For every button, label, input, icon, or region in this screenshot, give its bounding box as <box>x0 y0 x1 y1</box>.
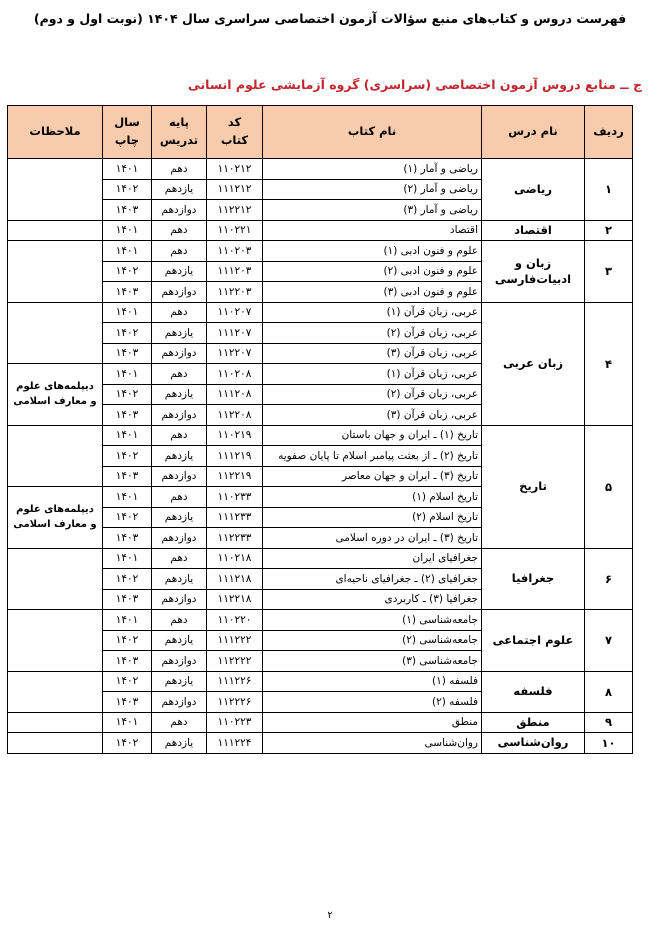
book-title-cell: جامعه‌شناسی (۳) <box>263 651 482 672</box>
year-cell: ۱۴۰۱ <box>103 220 152 241</box>
table-row: ۴زبان عربیعربی، زبان قرآن (۱)۱۱۰۲۰۷دهم۱۴… <box>8 302 633 323</box>
table-row: ۷علوم اجتماعیجامعه‌شناسی (۱)۱۱۰۲۲۰دهم۱۴۰… <box>8 610 633 631</box>
sources-table-container: ردیف نام درس نام کتاب کد کتاب پایه تدریس… <box>7 105 633 754</box>
grade-cell: دوازدهم <box>152 343 207 364</box>
grade-cell: یازدهم <box>152 569 207 590</box>
book-code-cell: ۱۱۲۲۰۸ <box>207 405 263 426</box>
year-cell: ۱۴۰۱ <box>103 487 152 508</box>
year-cell: ۱۴۰۳ <box>103 200 152 221</box>
book-title-cell: روان‌شناسی <box>263 733 482 754</box>
course-name-cell: جغرافیا <box>482 548 585 610</box>
year-cell: ۱۴۰۱ <box>103 610 152 631</box>
book-title-cell: علوم و فنون ادبی (۱) <box>263 241 482 262</box>
page-number: ۲ <box>0 910 660 921</box>
book-code-cell: ۱۱۲۲۲۶ <box>207 692 263 713</box>
book-code-cell: ۱۱۱۲۲۲ <box>207 630 263 651</box>
book-title-cell: عربی، زبان قرآن (۲) <box>263 323 482 344</box>
book-code-cell: ۱۱۰۲۲۰ <box>207 610 263 631</box>
book-code-cell: ۱۱۱۲۰۸ <box>207 384 263 405</box>
grade-cell: دوازدهم <box>152 692 207 713</box>
row-number-cell: ۱۰ <box>585 733 633 754</box>
book-title-cell: تاریخ (۳) ـ ایران در دوره اسلامی <box>263 528 482 549</box>
year-cell: ۱۴۰۱ <box>103 364 152 385</box>
remarks-cell <box>8 671 103 712</box>
book-code-cell: ۱۱۱۲۳۳ <box>207 507 263 528</box>
book-code-cell: ۱۱۰۲۲۱ <box>207 220 263 241</box>
book-code-cell: ۱۱۱۲۰۳ <box>207 261 263 282</box>
book-code-cell: ۱۱۰۲۰۸ <box>207 364 263 385</box>
book-title-cell: جغرافیای ایران <box>263 548 482 569</box>
book-code-cell: ۱۱۱۲۱۹ <box>207 446 263 467</box>
year-cell: ۱۴۰۳ <box>103 405 152 426</box>
year-cell: ۱۴۰۲ <box>103 569 152 590</box>
book-title-cell: عربی، زبان قرآن (۱) <box>263 302 482 323</box>
book-title-cell: تاریخ (۲) ـ از بعثت پیامبر اسلام تا پایا… <box>263 446 482 467</box>
remarks-cell <box>8 425 103 487</box>
table-header-row: ردیف نام درس نام کتاب کد کتاب پایه تدریس… <box>8 106 633 159</box>
course-name-cell: زبان عربی <box>482 302 585 425</box>
table-row: ۵تاریختاریخ (۱) ـ ایران و جهان باستان۱۱۰… <box>8 425 633 446</box>
grade-cell: دوازدهم <box>152 466 207 487</box>
table-row: ۳زبان و ادبیات‌فارسیعلوم و فنون ادبی (۱)… <box>8 241 633 262</box>
year-cell: ۱۴۰۳ <box>103 466 152 487</box>
book-title-cell: عربی، زبان قرآن (۳) <box>263 405 482 426</box>
book-title-cell: تاریخ (۱) ـ ایران و جهان باستان <box>263 425 482 446</box>
book-code-cell: ۱۱۲۲۳۳ <box>207 528 263 549</box>
book-code-cell: ۱۱۱۲۱۲ <box>207 179 263 200</box>
grade-cell: دهم <box>152 712 207 733</box>
book-code-cell: ۱۱۰۲۱۹ <box>207 425 263 446</box>
book-title-cell: علوم و فنون ادبی (۳) <box>263 282 482 303</box>
book-title-cell: جامعه‌شناسی (۲) <box>263 630 482 651</box>
year-cell: ۱۴۰۳ <box>103 651 152 672</box>
course-name-cell: علوم اجتماعی <box>482 610 585 672</box>
course-name-cell: ریاضی <box>482 159 585 221</box>
table-row: ۱۰روان‌شناسیروان‌شناسی۱۱۱۲۲۴یازدهم۱۴۰۲ <box>8 733 633 754</box>
book-code-cell: ۱۱۰۲۰۷ <box>207 302 263 323</box>
book-code-cell: ۱۱۰۲۲۳ <box>207 712 263 733</box>
book-code-cell: ۱۱۰۲۱۲ <box>207 159 263 180</box>
book-code-cell: ۱۱۲۲۰۳ <box>207 282 263 303</box>
grade-cell: دهم <box>152 487 207 508</box>
year-cell: ۱۴۰۲ <box>103 179 152 200</box>
header-row-no: ردیف <box>585 106 633 159</box>
grade-cell: دوازدهم <box>152 200 207 221</box>
grade-cell: دوازدهم <box>152 651 207 672</box>
header-code: کد کتاب <box>207 106 263 159</box>
book-title-cell: فلسفه (۲) <box>263 692 482 713</box>
book-title-cell: ریاضی و آمار (۲) <box>263 179 482 200</box>
remarks-cell <box>8 610 103 672</box>
row-number-cell: ۸ <box>585 671 633 712</box>
year-cell: ۱۴۰۳ <box>103 589 152 610</box>
grade-cell: یازدهم <box>152 384 207 405</box>
grade-cell: دهم <box>152 159 207 180</box>
grade-cell: دوازدهم <box>152 405 207 426</box>
grade-cell: یازدهم <box>152 261 207 282</box>
table-row: ۶جغرافیاجغرافیای ایران۱۱۰۲۱۸دهم۱۴۰۱ <box>8 548 633 569</box>
document-page: { "page": { "title": "فهرست دروس و کتاب\… <box>0 0 660 950</box>
year-cell: ۱۴۰۱ <box>103 548 152 569</box>
year-cell: ۱۴۰۲ <box>103 384 152 405</box>
row-number-cell: ۹ <box>585 712 633 733</box>
book-title-cell: فلسفه (۱) <box>263 671 482 692</box>
year-cell: ۱۴۰۲ <box>103 507 152 528</box>
book-title-cell: ریاضی و آمار (۳) <box>263 200 482 221</box>
page-title: فهرست دروس و کتاب‌های منبع سؤالات آزمون … <box>0 11 660 26</box>
book-code-cell: ۱۱۲۲۰۷ <box>207 343 263 364</box>
book-title-cell: جغرافیا (۳) ـ کاربردی <box>263 589 482 610</box>
grade-cell: یازدهم <box>152 323 207 344</box>
grade-cell: یازدهم <box>152 507 207 528</box>
grade-cell: دهم <box>152 241 207 262</box>
table-body: ۱ریاضیریاضی و آمار (۱)۱۱۰۲۱۲دهم۱۴۰۱ریاضی… <box>8 159 633 754</box>
book-code-cell: ۱۱۲۲۲۲ <box>207 651 263 672</box>
book-code-cell: ۱۱۱۲۲۴ <box>207 733 263 754</box>
book-title-cell: عربی، زبان قرآن (۱) <box>263 364 482 385</box>
course-name-cell: اقتصاد <box>482 220 585 241</box>
header-course: نام درس <box>482 106 585 159</box>
row-number-cell: ۲ <box>585 220 633 241</box>
table-row: ۸فلسفهفلسفه (۱)۱۱۱۲۲۶یازدهم۱۴۰۲ <box>8 671 633 692</box>
book-code-cell: ۱۱۰۲۰۳ <box>207 241 263 262</box>
row-number-cell: ۷ <box>585 610 633 672</box>
row-number-cell: ۴ <box>585 302 633 425</box>
course-name-cell: منطق <box>482 712 585 733</box>
book-title-cell: ریاضی و آمار (۱) <box>263 159 482 180</box>
book-code-cell: ۱۱۱۲۱۸ <box>207 569 263 590</box>
grade-cell: یازدهم <box>152 446 207 467</box>
remarks-cell <box>8 302 103 364</box>
section-heading: ج ــ منابع دروس آزمون اختصاصی (سراسری) گ… <box>188 77 642 92</box>
book-title-cell: اقتصاد <box>263 220 482 241</box>
year-cell: ۱۴۰۱ <box>103 302 152 323</box>
year-cell: ۱۴۰۱ <box>103 425 152 446</box>
book-code-cell: ۱۱۲۲۱۲ <box>207 200 263 221</box>
year-cell: ۱۴۰۳ <box>103 343 152 364</box>
header-year: سال چاپ <box>103 106 152 159</box>
remarks-cell <box>8 220 103 241</box>
year-cell: ۱۴۰۲ <box>103 733 152 754</box>
sources-table: ردیف نام درس نام کتاب کد کتاب پایه تدریس… <box>7 105 633 754</box>
grade-cell: یازدهم <box>152 179 207 200</box>
remarks-cell: دیپلمه‌های علوم و معارف اسلامی <box>8 487 103 549</box>
year-cell: ۱۴۰۲ <box>103 446 152 467</box>
header-grade: پایه تدریس <box>152 106 207 159</box>
book-title-cell: علوم و فنون ادبی (۲) <box>263 261 482 282</box>
course-name-cell: روان‌شناسی <box>482 733 585 754</box>
year-cell: ۱۴۰۳ <box>103 282 152 303</box>
book-code-cell: ۱۱۰۲۳۳ <box>207 487 263 508</box>
table-row: ۹منطقمنطق۱۱۰۲۲۳دهم۱۴۰۱ <box>8 712 633 733</box>
header-remarks: ملاحظات <box>8 106 103 159</box>
year-cell: ۱۴۰۳ <box>103 692 152 713</box>
book-code-cell: ۱۱۱۲۲۶ <box>207 671 263 692</box>
book-title-cell: عربی، زبان قرآن (۲) <box>263 384 482 405</box>
remarks-cell <box>8 712 103 733</box>
course-name-cell: فلسفه <box>482 671 585 712</box>
book-code-cell: ۱۱۱۲۰۷ <box>207 323 263 344</box>
row-number-cell: ۵ <box>585 425 633 548</box>
table-row: ۱ریاضیریاضی و آمار (۱)۱۱۰۲۱۲دهم۱۴۰۱ <box>8 159 633 180</box>
book-code-cell: ۱۱۰۲۱۸ <box>207 548 263 569</box>
year-cell: ۱۴۰۱ <box>103 159 152 180</box>
grade-cell: یازدهم <box>152 733 207 754</box>
remarks-cell <box>8 548 103 610</box>
table-row: ۲اقتصاداقتصاد۱۱۰۲۲۱دهم۱۴۰۱ <box>8 220 633 241</box>
grade-cell: دهم <box>152 548 207 569</box>
year-cell: ۱۴۰۱ <box>103 241 152 262</box>
grade-cell: دهم <box>152 425 207 446</box>
year-cell: ۱۴۰۱ <box>103 712 152 733</box>
book-title-cell: عربی، زبان قرآن (۳) <box>263 343 482 364</box>
row-number-cell: ۱ <box>585 159 633 221</box>
year-cell: ۱۴۰۲ <box>103 671 152 692</box>
year-cell: ۱۴۰۲ <box>103 630 152 651</box>
remarks-cell: دیپلمه‌های علوم و معارف اسلامی <box>8 364 103 426</box>
grade-cell: دهم <box>152 610 207 631</box>
book-title-cell: جغرافیای (۲) ـ جغرافیای ناحیه‌ای <box>263 569 482 590</box>
row-number-cell: ۳ <box>585 241 633 303</box>
remarks-cell <box>8 733 103 754</box>
grade-cell: یازدهم <box>152 630 207 651</box>
book-title-cell: منطق <box>263 712 482 733</box>
row-number-cell: ۶ <box>585 548 633 610</box>
course-name-cell: تاریخ <box>482 425 585 548</box>
grade-cell: دهم <box>152 364 207 385</box>
year-cell: ۱۴۰۲ <box>103 323 152 344</box>
year-cell: ۱۴۰۲ <box>103 261 152 282</box>
grade-cell: دوازدهم <box>152 528 207 549</box>
grade-cell: دوازدهم <box>152 282 207 303</box>
book-title-cell: تاریخ اسلام (۱) <box>263 487 482 508</box>
book-title-cell: تاریخ اسلام (۲) <box>263 507 482 528</box>
remarks-cell <box>8 241 103 303</box>
book-code-cell: ۱۱۲۲۱۸ <box>207 589 263 610</box>
book-title-cell: جامعه‌شناسی (۱) <box>263 610 482 631</box>
header-book: نام کتاب <box>263 106 482 159</box>
course-name-cell: زبان و ادبیات‌فارسی <box>482 241 585 303</box>
remarks-cell <box>8 159 103 221</box>
book-title-cell: تاریخ (۳) ـ ایران و جهان معاصر <box>263 466 482 487</box>
grade-cell: دهم <box>152 302 207 323</box>
grade-cell: دوازدهم <box>152 589 207 610</box>
book-code-cell: ۱۱۲۲۱۹ <box>207 466 263 487</box>
grade-cell: دهم <box>152 220 207 241</box>
year-cell: ۱۴۰۳ <box>103 528 152 549</box>
grade-cell: یازدهم <box>152 671 207 692</box>
